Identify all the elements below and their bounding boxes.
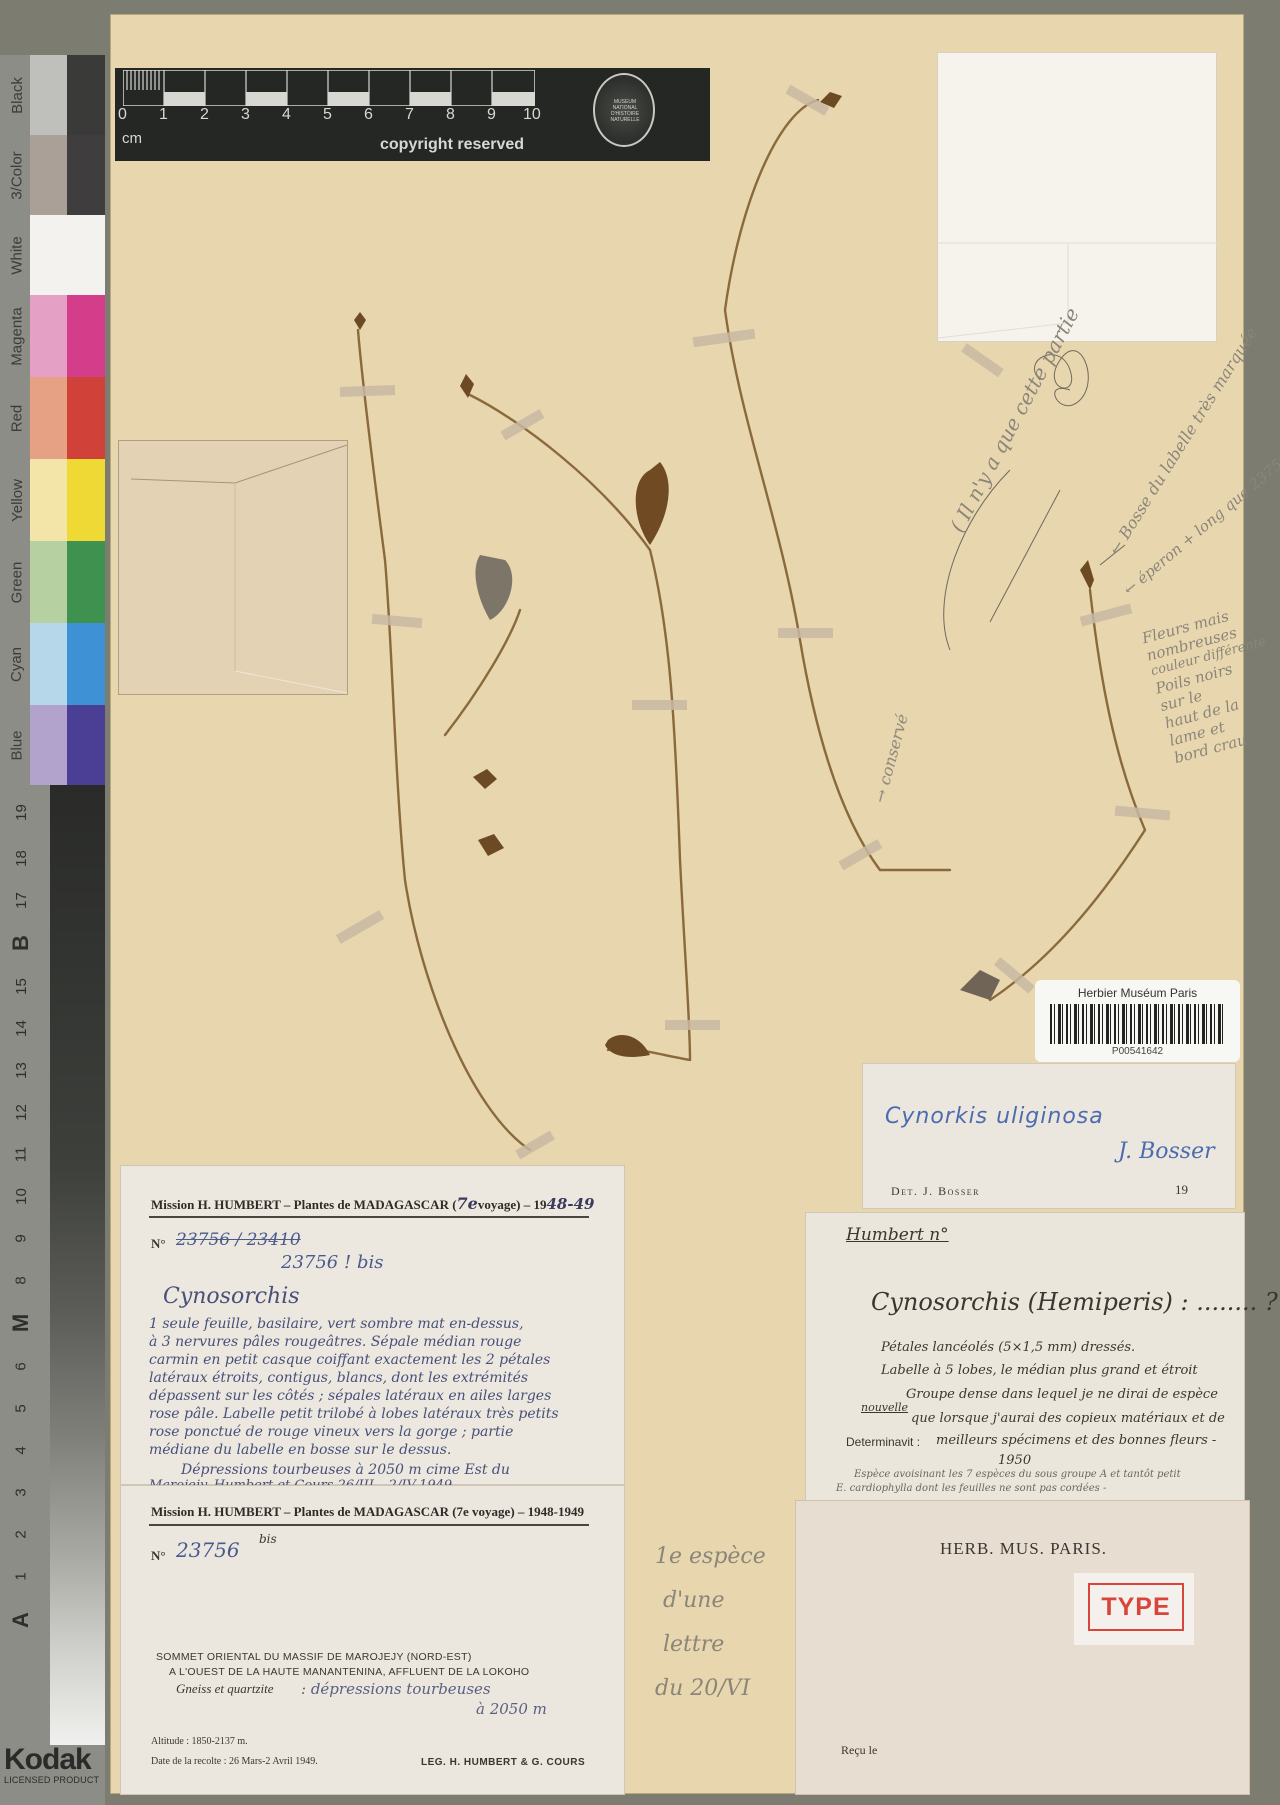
patch-label-red: Red	[4, 377, 30, 459]
patch-label-magenta: Magenta	[4, 295, 30, 377]
gray-step-15: 15	[6, 971, 36, 1001]
type-stamp: TYPE	[1074, 1573, 1194, 1645]
patch-label-white: White	[4, 215, 30, 295]
determination-label: Cynorkis uliginosa J. Bosser Det. J. Bos…	[862, 1063, 1236, 1209]
fragment-packet-right	[937, 52, 1217, 342]
patch-magenta-light	[30, 295, 67, 377]
packet-fold-lines	[119, 441, 349, 696]
patch-blue-light	[30, 705, 67, 785]
barcode-icon	[1050, 1004, 1225, 1044]
patch-label-yellow: Yellow	[4, 459, 30, 541]
scale-ruler: 0 1 2 3 4 5 6 7 8 9 10 cm copyright rese…	[115, 68, 710, 161]
patch-black-light	[30, 55, 67, 135]
gray-step-a: A	[6, 1605, 36, 1635]
patch-black-dark	[67, 55, 105, 135]
herbarium-label: HERB. MUS. PARIS. TYPE Reçu le	[795, 1500, 1250, 1795]
patch-cyan-light	[30, 623, 67, 705]
gray-step-12: 12	[6, 1097, 36, 1127]
pencil-note-bottom: 1e espèce d'une lettre du 20/VI	[655, 1535, 766, 1711]
patch-3color-dark	[67, 135, 105, 215]
gray-step-m: M	[6, 1308, 36, 1338]
gray-step-17: 17	[6, 885, 36, 915]
patch-label-black: Black	[4, 55, 30, 135]
gray-step-2: 2	[6, 1519, 36, 1549]
gray-step-8: 8	[6, 1265, 36, 1295]
ruler-ticks	[123, 70, 535, 106]
patch-label-green: Green	[4, 541, 30, 623]
patch-yellow-dark	[67, 459, 105, 541]
patch-green-light	[30, 541, 67, 623]
patch-yellow-light	[30, 459, 67, 541]
gray-step-5: 5	[6, 1393, 36, 1423]
patch-magenta-dark	[67, 295, 105, 377]
mission-title: Mission H. HUMBERT – Plantes de MADAGASC…	[151, 1194, 594, 1213]
gray-step-4: 4	[6, 1435, 36, 1465]
patch-cyan-dark	[67, 623, 105, 705]
patch-label-cyan: Cyan	[4, 623, 30, 705]
fragment-packet-left	[118, 440, 348, 695]
patch-red-dark	[67, 377, 105, 459]
gray-step-18: 18	[6, 843, 36, 873]
patch-green-dark	[67, 541, 105, 623]
color-calibration-strip: Black 3/Color White Magenta Red Yellow G…	[0, 55, 105, 1805]
title-rule	[149, 1524, 589, 1526]
gray-step-3: 3	[6, 1477, 36, 1507]
gray-step-14: 14	[6, 1013, 36, 1043]
museum-seal-icon: MUSEUM NATIONAL D'HISTOIRE NATURELLE	[593, 73, 655, 147]
humbert-determination-label: Humbert n° Cynosorchis (Hemiperis) : ...…	[805, 1212, 1245, 1502]
gray-step-13: 13	[6, 1055, 36, 1085]
kodak-logo: Kodak LICENSED PRODUCT	[4, 1745, 104, 1800]
title-rule	[149, 1216, 589, 1218]
patch-red-light	[30, 377, 67, 459]
gray-step-19: 19	[6, 797, 36, 827]
gray-step-11: 11	[6, 1139, 36, 1169]
grayscale-ramp	[50, 785, 105, 1745]
patch-blue-dark	[67, 705, 105, 785]
patch-label-blue: Blue	[4, 705, 30, 785]
gray-step-6: 6	[6, 1351, 36, 1381]
gray-step-10: 10	[6, 1181, 36, 1211]
gray-step-9: 9	[6, 1223, 36, 1253]
barcode-label: Herbier Muséum Paris P00541642	[1035, 980, 1240, 1062]
patch-3color-light	[30, 135, 67, 215]
gray-step-1: 1	[6, 1561, 36, 1591]
field-label-handwritten: Mission H. HUMBERT – Plantes de MADAGASC…	[120, 1165, 625, 1485]
patch-label-3color: 3/Color	[4, 135, 30, 215]
field-label-printed: Mission H. HUMBERT – Plantes de MADAGASC…	[120, 1485, 625, 1795]
packet-fold-lines	[938, 53, 1218, 343]
patch-white	[30, 215, 105, 295]
gray-step-b: B	[6, 928, 36, 958]
